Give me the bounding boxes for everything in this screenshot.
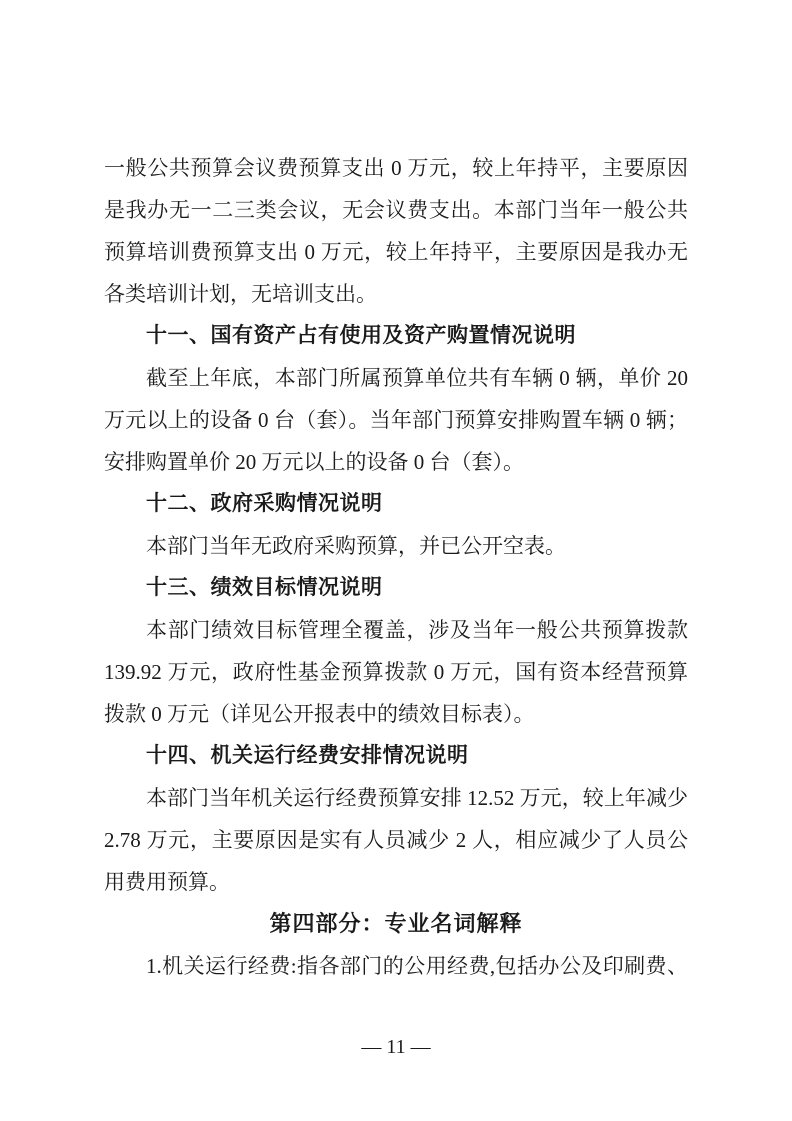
heading-section-11-state-assets: 十一、国有资产占有使用及资产购置情况说明 — [104, 315, 688, 357]
heading-section-13-performance-targets: 十三、绩效目标情况说明 — [104, 567, 688, 609]
paragraph-performance-targets: 本部门绩效目标管理全覆盖，涉及当年一般公共预算拨款 139.92 万元，政府性基… — [104, 609, 688, 735]
page-number: — 11 — — [0, 1036, 792, 1059]
heading-section-14-operating-expenses: 十四、机关运行经费安排情况说明 — [104, 735, 688, 777]
part-4-title-terminology: 第四部分：专业名词解释 — [104, 903, 688, 945]
paragraph-state-assets: 截至上年底，本部门所属预算单位共有车辆 0 辆，单价 20 万元以上的设备 0 … — [104, 357, 688, 483]
paragraph-operating-expenses: 本部门当年机关运行经费预算安排 12.52 万元，较上年减少 2.78 万元，主… — [104, 777, 688, 903]
paragraph-government-procurement: 本部门当年无政府采购预算，并已公开空表。 — [104, 525, 688, 567]
paragraph-term-definition-1: 1.机关运行经费:指各部门的公用经费,包括办公及印刷费、 — [104, 945, 688, 987]
document-body: 一般公共预算会议费预算支出 0 万元，较上年持平，主要原因是我办无一二三类会议，… — [104, 147, 688, 987]
document-page: 一般公共预算会议费预算支出 0 万元，较上年持平，主要原因是我办无一二三类会议，… — [0, 0, 792, 1121]
paragraph-meeting-training-fees: 一般公共预算会议费预算支出 0 万元，较上年持平，主要原因是我办无一二三类会议，… — [104, 147, 688, 315]
heading-section-12-government-procurement: 十二、政府采购情况说明 — [104, 483, 688, 525]
